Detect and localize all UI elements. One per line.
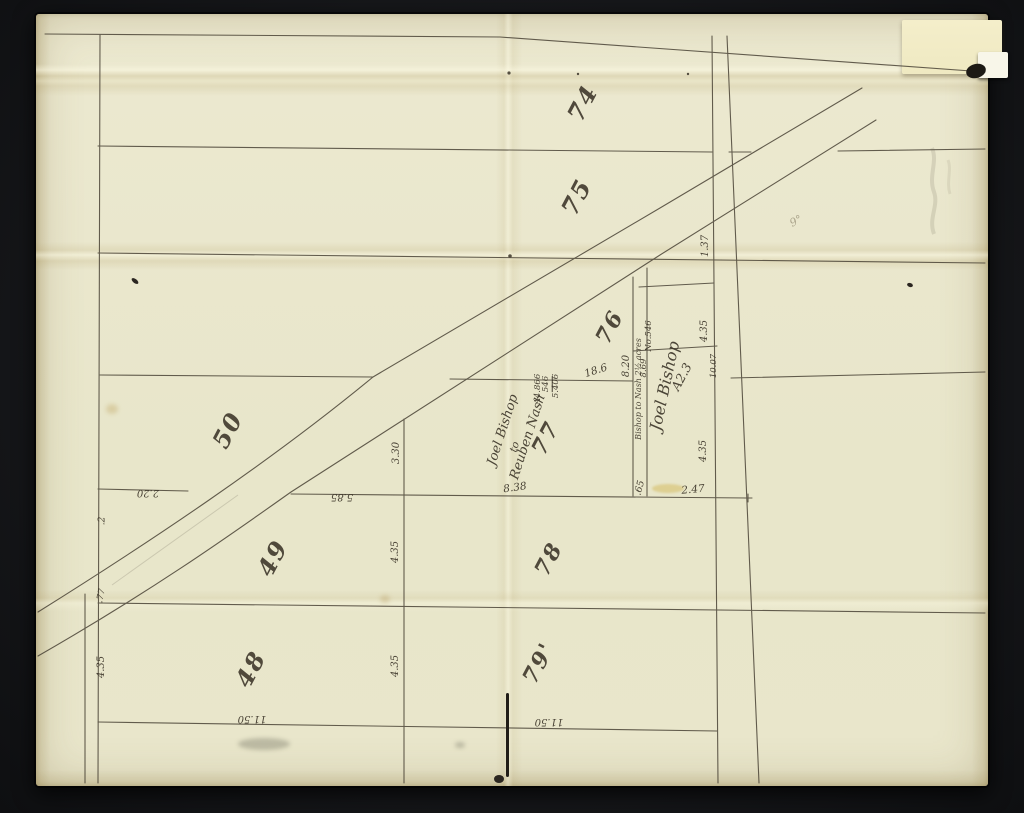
meas-4-35-b: 4.35: [699, 440, 709, 462]
paper-stain: [106, 404, 118, 414]
meas-4-35-a: 4.35: [700, 320, 710, 342]
fold-ink-streak: [506, 693, 509, 777]
meas-0-2: .2: [99, 517, 108, 526]
meas-1-37: 1.37: [701, 235, 711, 257]
meas-3-30: 3.30: [392, 442, 402, 464]
meas-10-07: 10.07: [710, 354, 719, 378]
meas-4-35-e: 4.35: [97, 656, 107, 678]
lane-note: Bishop to Nash 2½ acres: [635, 338, 643, 440]
gray-smudge: [238, 738, 290, 750]
gray-smudge: [455, 742, 465, 748]
meas-no-546: No.546: [645, 320, 654, 351]
paper-stain: [380, 595, 390, 603]
scanned-map-photo: 747576777879'5049481.374.3510.074.358.20…: [0, 0, 1024, 813]
meas-2-47: 2.47: [681, 484, 705, 496]
sum-line-3: 5.406: [552, 374, 561, 398]
meas-11-50-a: 11.50: [238, 713, 267, 723]
meas-8-20: 8.20: [622, 355, 632, 377]
meas-11-50-b: 11.50: [535, 716, 564, 726]
meas-4-35-d: 4.35: [391, 655, 401, 677]
yellow-erasure-smudge: [652, 484, 684, 493]
meas-4-35-c: 4.35: [391, 541, 401, 563]
meas-2-20: 2.20: [137, 487, 159, 497]
meas-5-85: 5.85: [331, 491, 353, 501]
ink-blot: [494, 775, 504, 783]
